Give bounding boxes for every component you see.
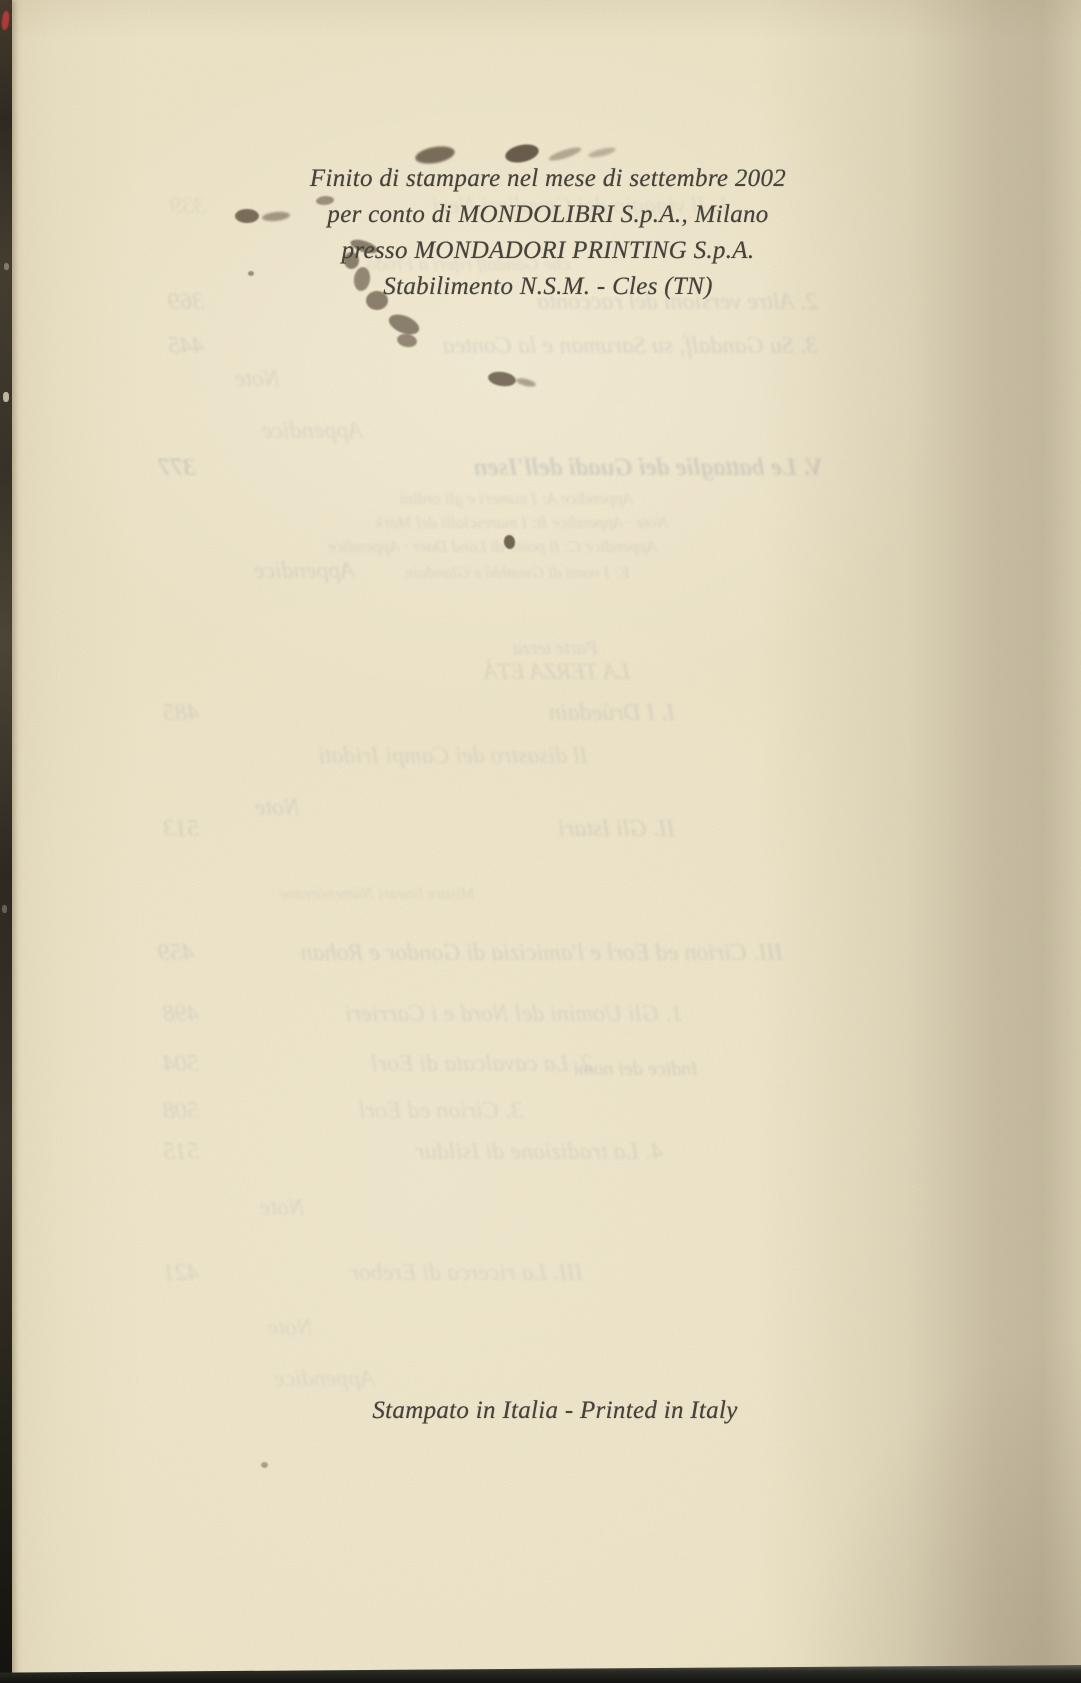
ghost-line: Note [170,366,280,393]
ink-smudge [503,534,516,549]
colophon-text-block: Finito di stampare nel mese di settembre… [268,161,828,305]
ghost-line: Misure lineari Númenóreane [215,884,475,904]
ghost-line: Appendice C: Il posto di Lond Daer · App… [232,537,657,557]
colophon-line: presso MONDADORI PRINTING S.p.A. [268,233,828,269]
ghost-line: 2. La cavalcata di Eorl504 [163,1051,593,1078]
ghost-line: Note [218,1315,313,1342]
binding-speck [2,905,7,913]
ghost-line: Appendice [203,418,363,445]
ink-smudge [588,146,617,160]
ink-smudge [386,311,422,339]
ghost-line: Note [205,795,300,822]
ghost-line: III. La ricerca di Erebor421 [163,1260,583,1287]
ghost-line: II. Gli Istari513 [163,816,675,843]
ghost-line: Parte terza [468,638,598,660]
ghost-line: 4. La tradizione di Isildur515 [163,1139,663,1166]
colophon-line: Stabilimento N.S.M. - Cles (TN) [268,269,828,305]
ghost-line: III. Cirion ed Eorl e l'amicizia di Gond… [158,940,783,967]
ghost-line: Note [210,1195,305,1222]
ghost-line: LA TERZA ETÀ [425,659,630,685]
ghost-line: Appendice A: I numeri e gli ordini [288,489,633,509]
ghost-line: 1. Gli Uomini del Nord e i Carrieri498 [163,1001,683,1028]
ink-smudge [235,209,259,223]
ink-smudge [248,271,254,276]
ghost-line: Indice dei nomi [543,1058,698,1081]
scan-bottom-edge [0,1663,1081,1683]
ghost-line: V. Le battaglie dei Guadi dell'Isen377 [158,454,823,482]
ghost-line: Note · Appendice B: I marescialli del Ma… [223,513,668,533]
ghost-line: I. I Drúedain485 [163,700,675,727]
ghost-line: Il disastro dei Campi Iridati [258,743,588,770]
ink-smudge [487,370,517,388]
ink-smudge [261,1462,268,1468]
ink-smudge [396,332,418,348]
ghost-line: 3. Su Gandalf, su Saruman e la Contea445 [168,333,818,360]
ghost-line: Appendice [205,558,355,585]
book-binding-edge [0,0,12,1683]
ghost-line: E: I nomi di Gwathló e Glanduin [330,563,630,583]
ink-smudge [515,377,536,389]
colophon-line: per conto di MONDOLIBRI S.p.A., Milano [268,197,828,233]
binding-speck [3,392,9,402]
ghost-line: Appendice [225,1366,375,1393]
ghost-line: 3. Cirion ed Eorl508 [163,1098,523,1125]
colophon-line: Finito di stampare nel mese di settembre… [268,161,828,197]
scanned-book-page: { "page": { "colophon_lines": [ "Finito … [0,0,1081,1683]
printed-in-italy-line: Stampato in Italia - Printed in Italy [372,1396,737,1426]
binding-speck [4,263,9,270]
